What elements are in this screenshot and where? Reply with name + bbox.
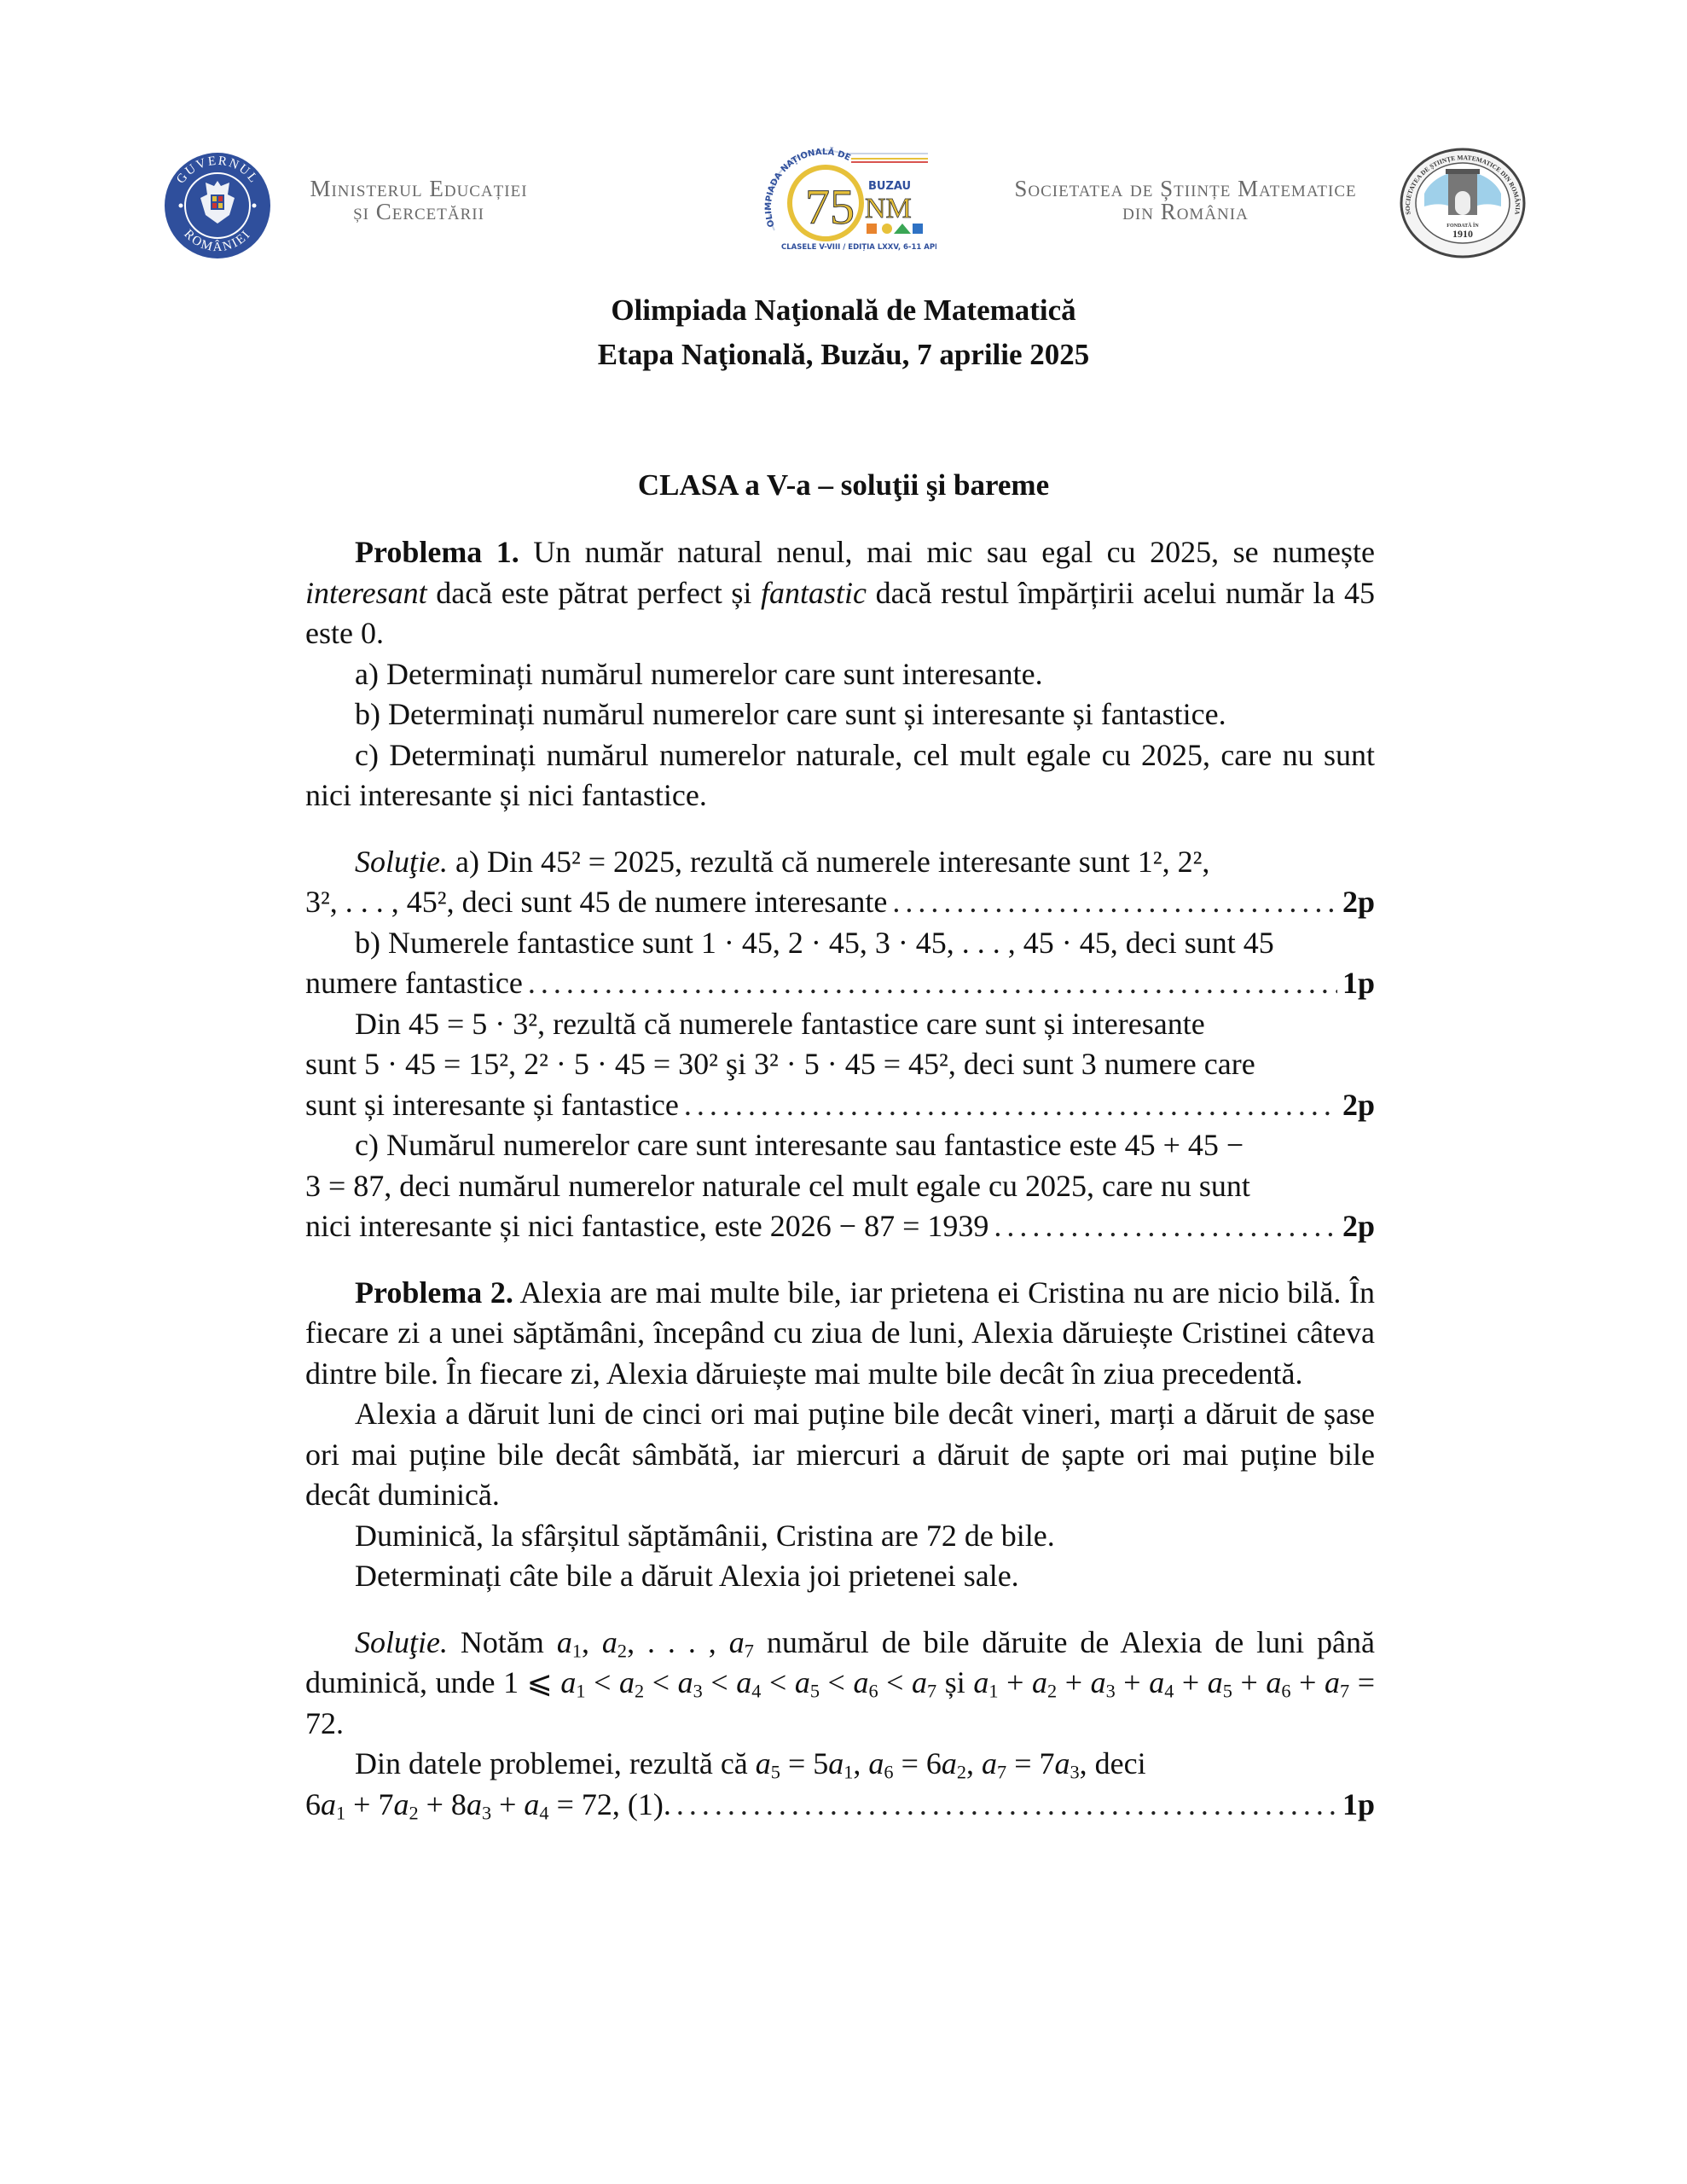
onm-bottom-text: CLASELE V-VIII / EDIȚIA LXXV, 6-11 APRIL… bbox=[781, 243, 936, 252]
problem-2-label: Problema 2. bbox=[355, 1275, 513, 1310]
header-logos: GUVERNUL ROMÂNIEI Ministerul Educației ș… bbox=[0, 0, 1687, 273]
term-fantastic: fantastic bbox=[761, 576, 867, 610]
score-points: 1p bbox=[1342, 963, 1375, 1004]
society-line-2: din România bbox=[981, 200, 1390, 224]
solution-1a-line-1: Soluţie. a) Din 45² = 2025, rezultă că n… bbox=[305, 842, 1375, 883]
society-seal-icon: SOCIETATEA DE ȘTIINȚE MATEMATICE DIN ROM… bbox=[1399, 147, 1527, 259]
solution-2-label: Soluţie. bbox=[355, 1625, 448, 1659]
onm-letters: NM bbox=[865, 193, 912, 224]
class-title: CLASA a V-a – soluţii şi bareme bbox=[0, 463, 1687, 508]
solution-1a-score-line: 3², . . . , 45², deci sunt 45 de numere … bbox=[305, 882, 1375, 923]
dotted-leader bbox=[528, 963, 1337, 1004]
document-body: Problema 1. Un număr natural nenul, mai … bbox=[305, 532, 1375, 1825]
solution-2-paragraph-2: Din datele problemei, rezultă că a5 = 5a… bbox=[305, 1744, 1375, 1785]
solution-1b2-line-1: Din 45 = 5 · 3², rezultă că numerele fan… bbox=[305, 1004, 1375, 1045]
dotted-leader bbox=[892, 882, 1337, 923]
dotted-leader bbox=[676, 1785, 1337, 1826]
score-points: 2p bbox=[1342, 882, 1375, 923]
ministry-name: Ministerul Educației și Cercetării bbox=[287, 177, 551, 224]
ssm-founded-year: 1910 bbox=[1452, 228, 1473, 240]
onm-number: 75 bbox=[805, 179, 855, 235]
onm-75-logo-icon: OLIMPIADA NAȚIONALĂ DE MATEMATICĂ 75 BUZ… bbox=[757, 145, 936, 256]
problem-1-question-b: b) Determinați numărul numerelor care su… bbox=[305, 694, 1375, 735]
solution-1c-line-2: 3 = 87, deci numărul numerelor naturale … bbox=[305, 1166, 1375, 1207]
ministry-line-1: Ministerul Educației bbox=[287, 177, 551, 200]
problem-1-label: Problema 1. bbox=[355, 535, 519, 569]
problem-1-question-c: c) Determinați numărul numerelor natural… bbox=[305, 735, 1375, 816]
problem-1-question-a: a) Determinați numărul numerelor care su… bbox=[305, 654, 1375, 695]
term-interesant: interesant bbox=[305, 576, 427, 610]
solution-1b2-line-2: sunt 5 · 45 = 15², 2² · 5 · 45 = 30² şi … bbox=[305, 1044, 1375, 1085]
society-name: Societatea de Științe Matematice din Rom… bbox=[981, 177, 1390, 224]
equation-1: 6a1 + 7a2 + 8a3 + a4 = 72, (1). bbox=[305, 1785, 671, 1826]
solution-1c-line-1: c) Numărul numerelor care sunt interesan… bbox=[305, 1125, 1375, 1166]
solution-1c-score-line: nici interesante și nici fantastice, est… bbox=[305, 1206, 1375, 1247]
title-line-2: Etapa Naţională, Buzău, 7 aprilie 2025 bbox=[0, 333, 1687, 377]
society-line-1: Societatea de Științe Matematice bbox=[981, 177, 1390, 200]
solution-1b-score-line: numere fantastice 1p bbox=[305, 963, 1375, 1004]
score-points: 2p bbox=[1342, 1085, 1375, 1126]
solution-1b2-score-line: sunt și interesante și fantastice 2p bbox=[305, 1085, 1375, 1126]
score-points: 1p bbox=[1342, 1785, 1375, 1826]
problem-1-statement: Problema 1. Un număr natural nenul, mai … bbox=[305, 532, 1375, 654]
problem-2-statement-4: Determinați câte bile a dăruit Alexia jo… bbox=[305, 1556, 1375, 1597]
onm-city: BUZAU bbox=[868, 180, 911, 193]
problem-2-statement-1: Problema 2. Alexia are mai multe bile, i… bbox=[305, 1273, 1375, 1395]
dotted-leader bbox=[684, 1085, 1337, 1126]
solution-2-paragraph-1: Soluţie. Notăm a1, a2, . . . , a7 număru… bbox=[305, 1623, 1375, 1745]
solution-1-label: Soluţie. bbox=[355, 845, 448, 879]
problem-2-statement-3: Duminică, la sfârșitul săptămânii, Crist… bbox=[305, 1516, 1375, 1557]
solution-1b-line-1: b) Numerele fantastice sunt 1 · 45, 2 · … bbox=[305, 923, 1375, 964]
ministry-line-2: și Cercetării bbox=[287, 200, 551, 224]
dotted-leader bbox=[994, 1206, 1337, 1247]
title-line-1: Olimpiada Naţională de Matematică bbox=[0, 288, 1687, 333]
government-seal-icon: GUVERNUL ROMÂNIEI bbox=[162, 150, 273, 261]
score-points: 2p bbox=[1342, 1206, 1375, 1247]
solution-2-score-line: 6a1 + 7a2 + 8a3 + a4 = 72, (1). 1p bbox=[305, 1785, 1375, 1826]
problem-2-statement-2: Alexia a dăruit luni de cinci ori mai pu… bbox=[305, 1394, 1375, 1516]
document-title: Olimpiada Naţională de Matematică Etapa … bbox=[0, 288, 1687, 377]
